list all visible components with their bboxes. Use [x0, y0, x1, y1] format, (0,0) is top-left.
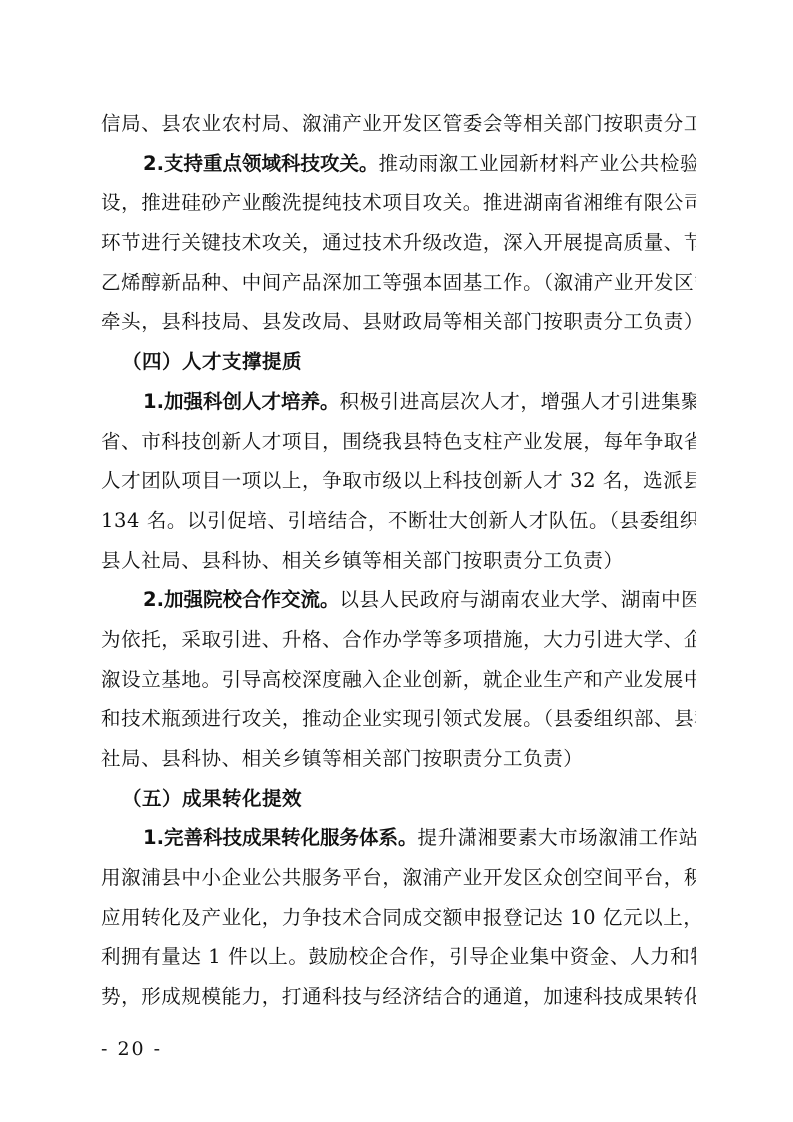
item-title: 2.支持重点领域科技攻关。 — [143, 152, 378, 175]
section-heading: （四）人才支撑提质 — [101, 342, 696, 382]
text-line: 用溆浦县中小企业公共服务平台，溆浦产业开发区众创空间平台，积极服务科技成果 — [101, 858, 696, 898]
text-line: 环节进行关键技术攻关，通过技术升级改造，深入开展提高质量、节能降耗、开发聚 — [101, 223, 696, 263]
page-number: - 20 - — [101, 1038, 162, 1060]
text-line: 为依托，采取引进、升格、合作办学等多项措施，大力引进大学、企业或科研院所来 — [101, 620, 696, 660]
text-line: 设，推进硅砂产业酸洗提纯技术项目攻关。推进湖南省湘维有限公司在聚乙烯醇制造 — [101, 183, 696, 223]
section-heading: （五）成果转化提效 — [101, 779, 696, 819]
text-line: 牵头，县科技局、县发改局、县财政局等相关部门按职责分工负责） — [101, 302, 696, 342]
paragraph-start: 1.完善科技成果转化服务体系。提升潇湘要素大市场溆浦工作站的质效，充分利 — [101, 818, 696, 858]
text-line: 社局、县科协、相关乡镇等相关部门按职责分工负责） — [101, 739, 696, 779]
text-line: 信局、县农业农村局、溆浦产业开发区管委会等相关部门按职责分工负责） — [101, 104, 696, 144]
text-line: 势，形成规模能力，打通科技与经济结合的通道，加速科技成果转化。（县科技局、县 — [101, 977, 696, 1017]
paragraph-start: 2.支持重点领域科技攻关。推动雨溆工业园新材料产业公共检验检测研发中心建 — [101, 144, 696, 184]
text-line: 溆设立基地。引导高校深度融入企业创新，就企业生产和产业发展中遇到的实际问题 — [101, 660, 696, 700]
text-line: 乙烯醇新品种、中间产品深加工等强本固基工作。（溆浦产业开发区管委会、县工信局 — [101, 263, 696, 303]
text-line: 应用转化及产业化，力争技术合同成交额申报登记达 10 亿元以上，万人高价值发明专 — [101, 898, 696, 938]
item-title: 2.加强院校合作交流。 — [143, 588, 339, 611]
item-title: 1.完善科技成果转化服务体系。 — [143, 826, 417, 849]
paragraph-start: 1.加强科创人才培养。积极引进高层次人才，增强人才引进集聚力度。组织实施 — [101, 382, 696, 422]
text-line: 134 名。以引促培、引培结合，不断壮大创新人才队伍。（县委组织部、县科技局牵头… — [101, 501, 696, 541]
item-title: 1.加强科创人才培养。 — [143, 390, 339, 413]
document-page: 信局、县农业农村局、溆浦产业开发区管委会等相关部门按职责分工负责） 2.支持重点… — [101, 104, 696, 1017]
text-line: 县人社局、县科协、相关乡镇等相关部门按职责分工负责） — [101, 541, 696, 581]
text-line: 和技术瓶颈进行攻关，推动企业实现引领式发展。（县委组织部、县科技局牵头，县人 — [101, 699, 696, 739]
paragraph-start: 2.加强院校合作交流。以县人民政府与湖南农业大学、湖南中医药大学县校合作 — [101, 580, 696, 620]
text-line: 省、市科技创新人才项目，围绕我县特色支柱产业发展，每年争取省级企业科技创新 — [101, 422, 696, 462]
text-line: 利拥有量达 1 件以上。鼓励校企合作，引导企业集中资金、人力和物力，发挥整体优 — [101, 937, 696, 977]
text-line: 人才团队项目一项以上，争取市级以上科技创新人才 32 名，选派县本级科技特派员 — [101, 461, 696, 501]
